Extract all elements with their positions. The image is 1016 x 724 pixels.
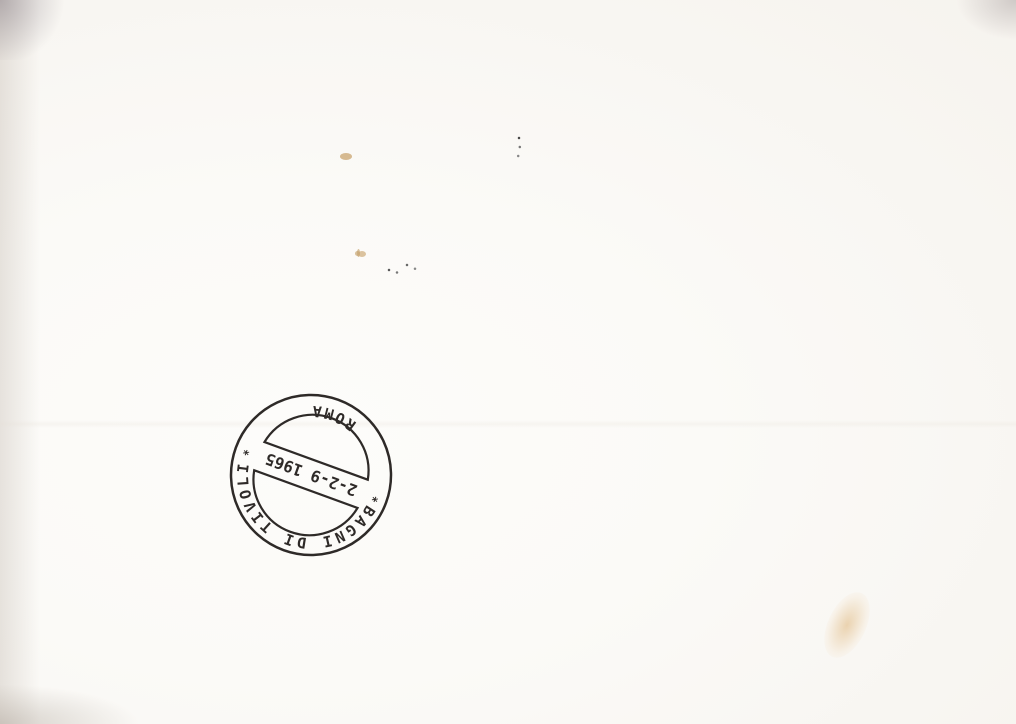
stain-spot xyxy=(358,251,366,257)
top-right-corner-fold xyxy=(956,0,1016,40)
stain-spot xyxy=(340,153,352,160)
postmark-date: 2-2-9 1965 xyxy=(263,449,360,500)
postmark-star-left: * xyxy=(370,490,382,506)
ink-specks xyxy=(385,255,425,280)
postmark-star-right: * xyxy=(241,443,253,459)
postmark-cancellation: BAGNI DI TIVOLI ROMA * * 2-2-9 1965 xyxy=(226,390,396,560)
ink-specks xyxy=(515,135,523,165)
postmark-graphic: BAGNI DI TIVOLI ROMA * * 2-2-9 1965 xyxy=(226,390,396,560)
stain-spot xyxy=(355,251,360,256)
envelope-back: BAGNI DI TIVOLI ROMA * * 2-2-9 1965 xyxy=(0,0,1016,724)
paper-crease xyxy=(0,420,1016,428)
foxing-stain xyxy=(815,585,879,665)
left-edge-shadow xyxy=(0,0,40,724)
bottom-left-corner-fold xyxy=(0,684,140,724)
top-left-corner-fold xyxy=(0,0,70,60)
stain-spot xyxy=(357,249,360,257)
